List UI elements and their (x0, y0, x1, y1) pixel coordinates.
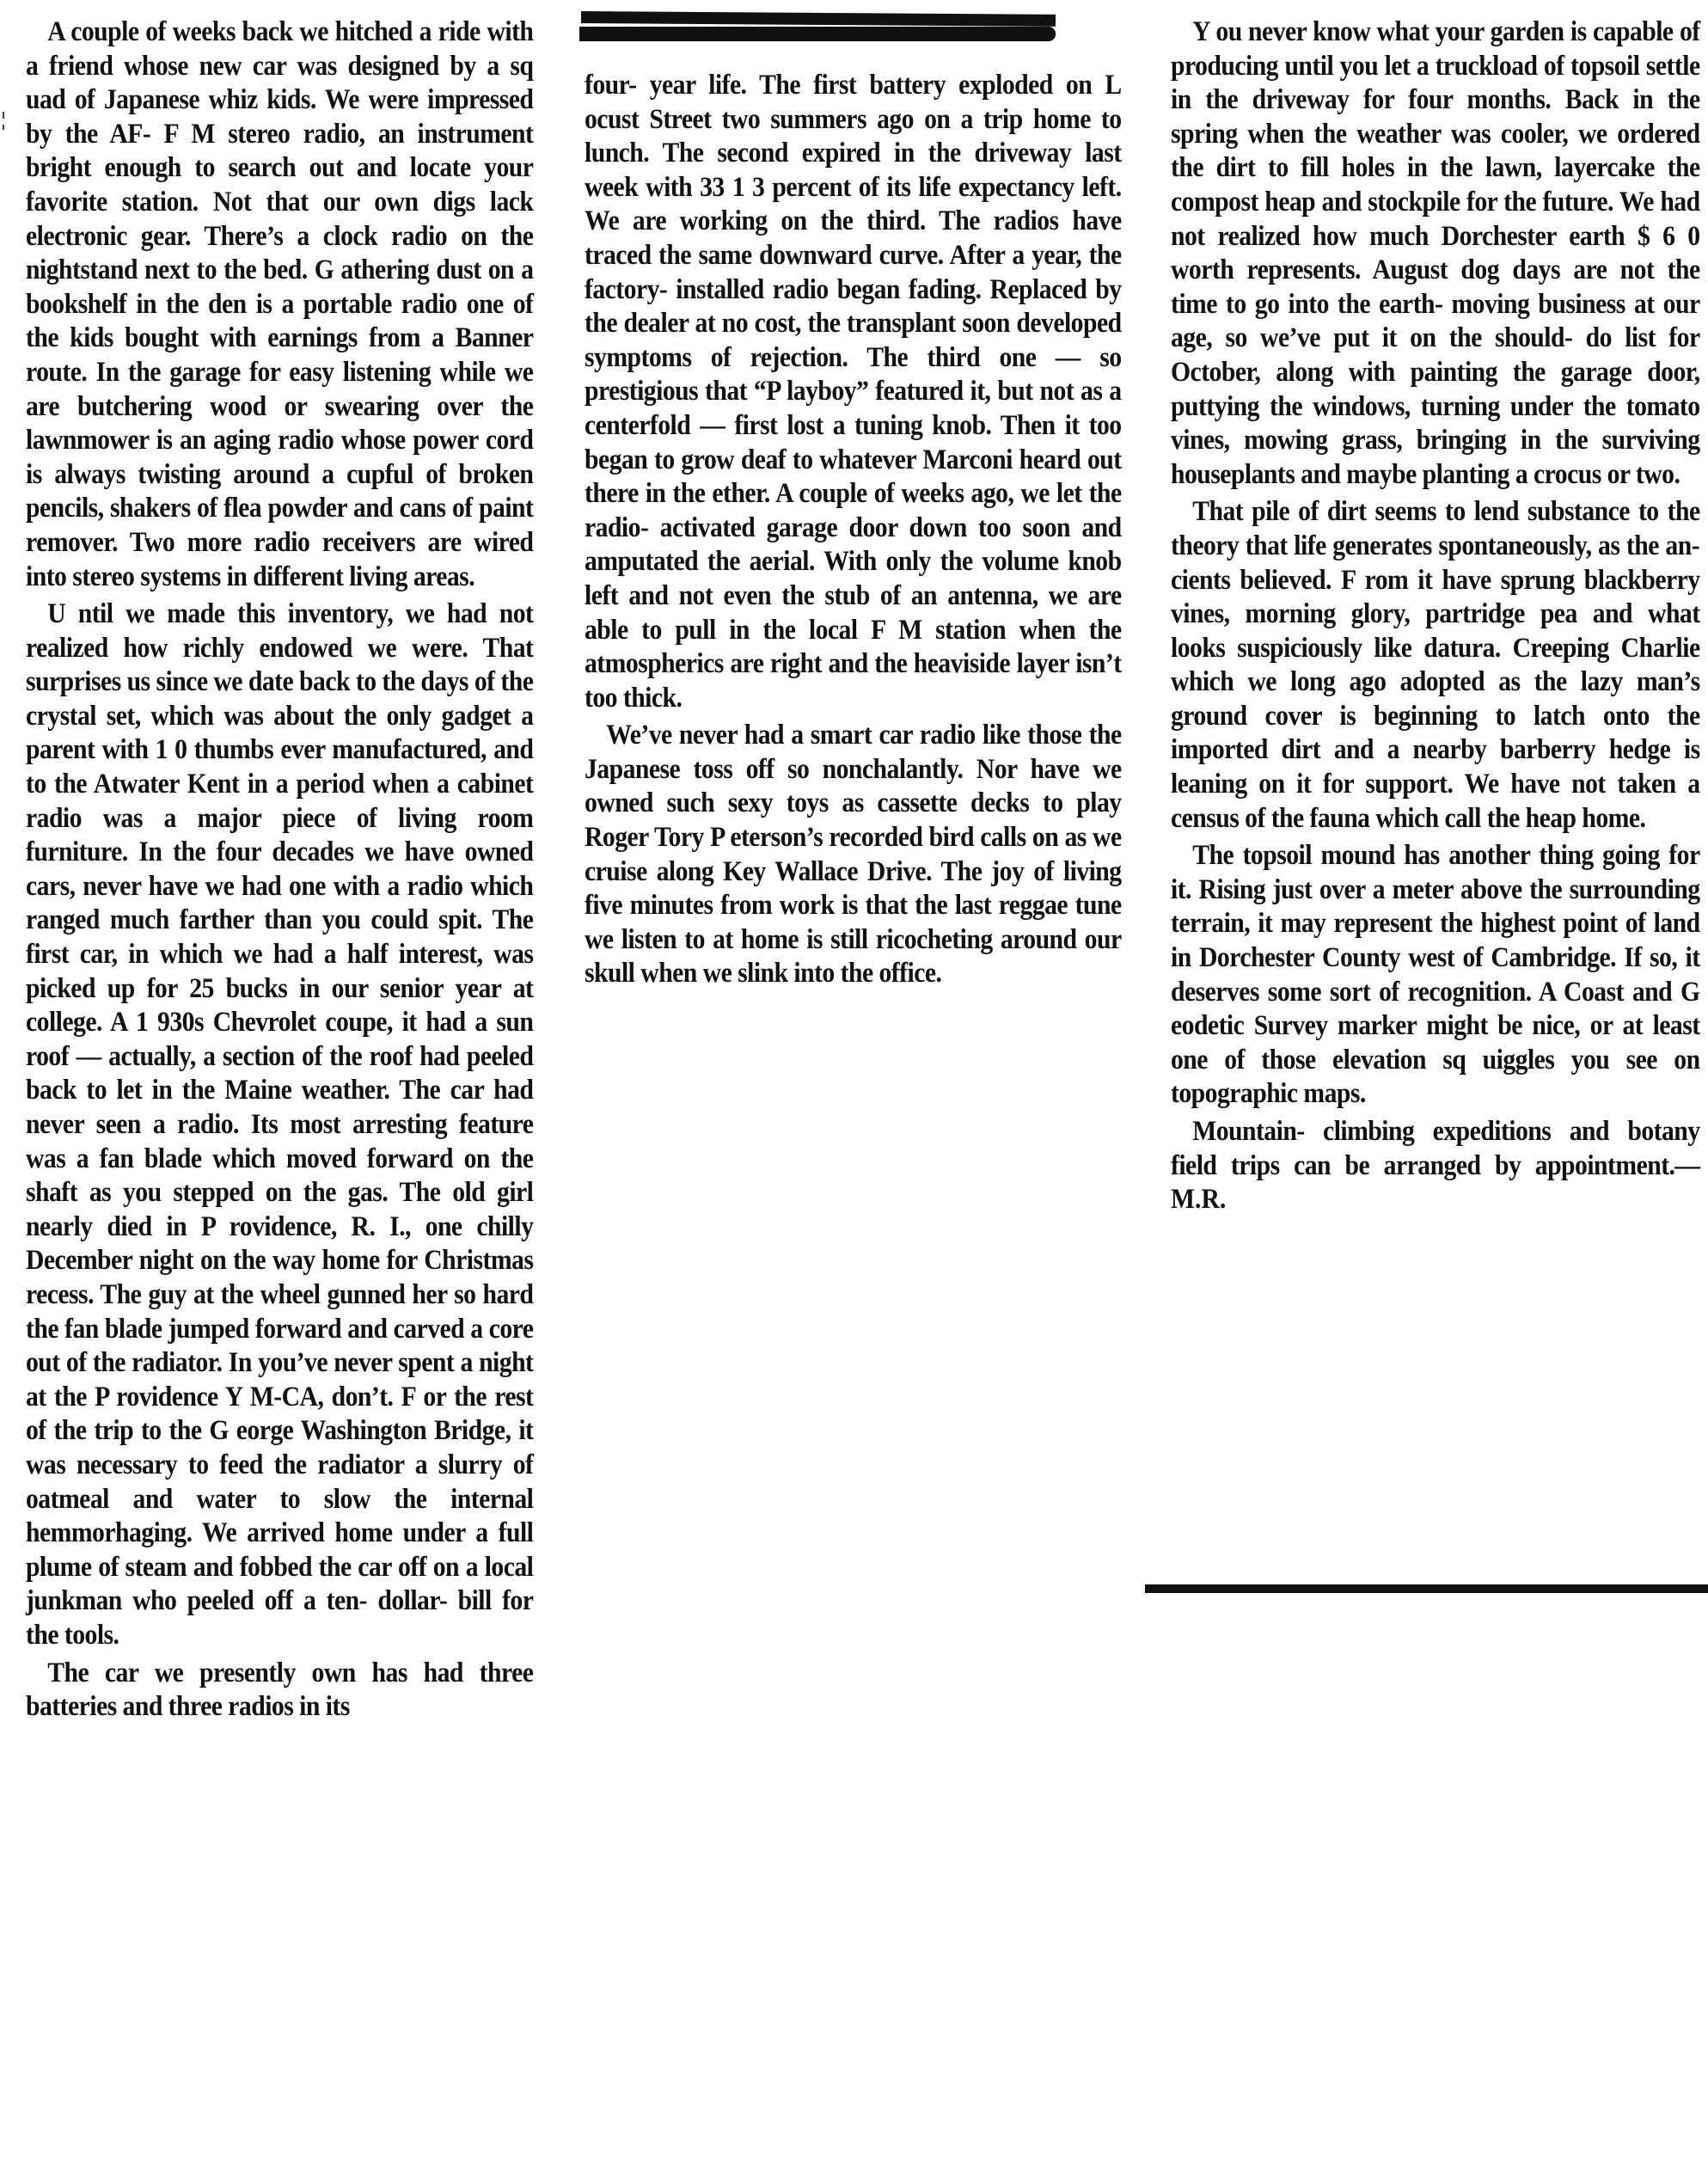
paragraph: We’ve never had a smart car radio like t… (585, 719, 1122, 991)
paragraph: U ntil we made this inventory, we had no… (26, 597, 533, 1652)
paragraph: That pile of dirt seems to lend substanc… (1171, 495, 1700, 836)
paragraph: The topsoil mound has another thing goin… (1171, 839, 1700, 1112)
closing-paragraph: Mountain- climbing expeditions and botan… (1171, 1115, 1700, 1217)
author-signature: M.R. (1171, 1184, 1226, 1215)
paragraph: The car we presently own has had three b… (26, 1657, 533, 1725)
closing-text: Mountain- climbing expeditions and botan… (1171, 1116, 1700, 1181)
scan-speck (3, 125, 4, 130)
paragraph: Y ou never know what your garden is capa… (1171, 15, 1700, 492)
scan-speck (3, 112, 4, 119)
top-rule-thick (579, 27, 1056, 41)
article-column-2: four- year life. The first battery ex­pl… (585, 69, 1122, 995)
paragraph-continued: four- year life. The first battery ex­pl… (585, 69, 1122, 715)
end-of-article-rule (1145, 1584, 1708, 1593)
paragraph: A couple of weeks back we hitched a ride… (26, 15, 533, 594)
article-column-3: Y ou never know what your garden is capa… (1171, 15, 1700, 1221)
top-rule-thin (581, 11, 1056, 27)
article-column-1: A couple of weeks back we hitched a ride… (26, 15, 533, 1728)
